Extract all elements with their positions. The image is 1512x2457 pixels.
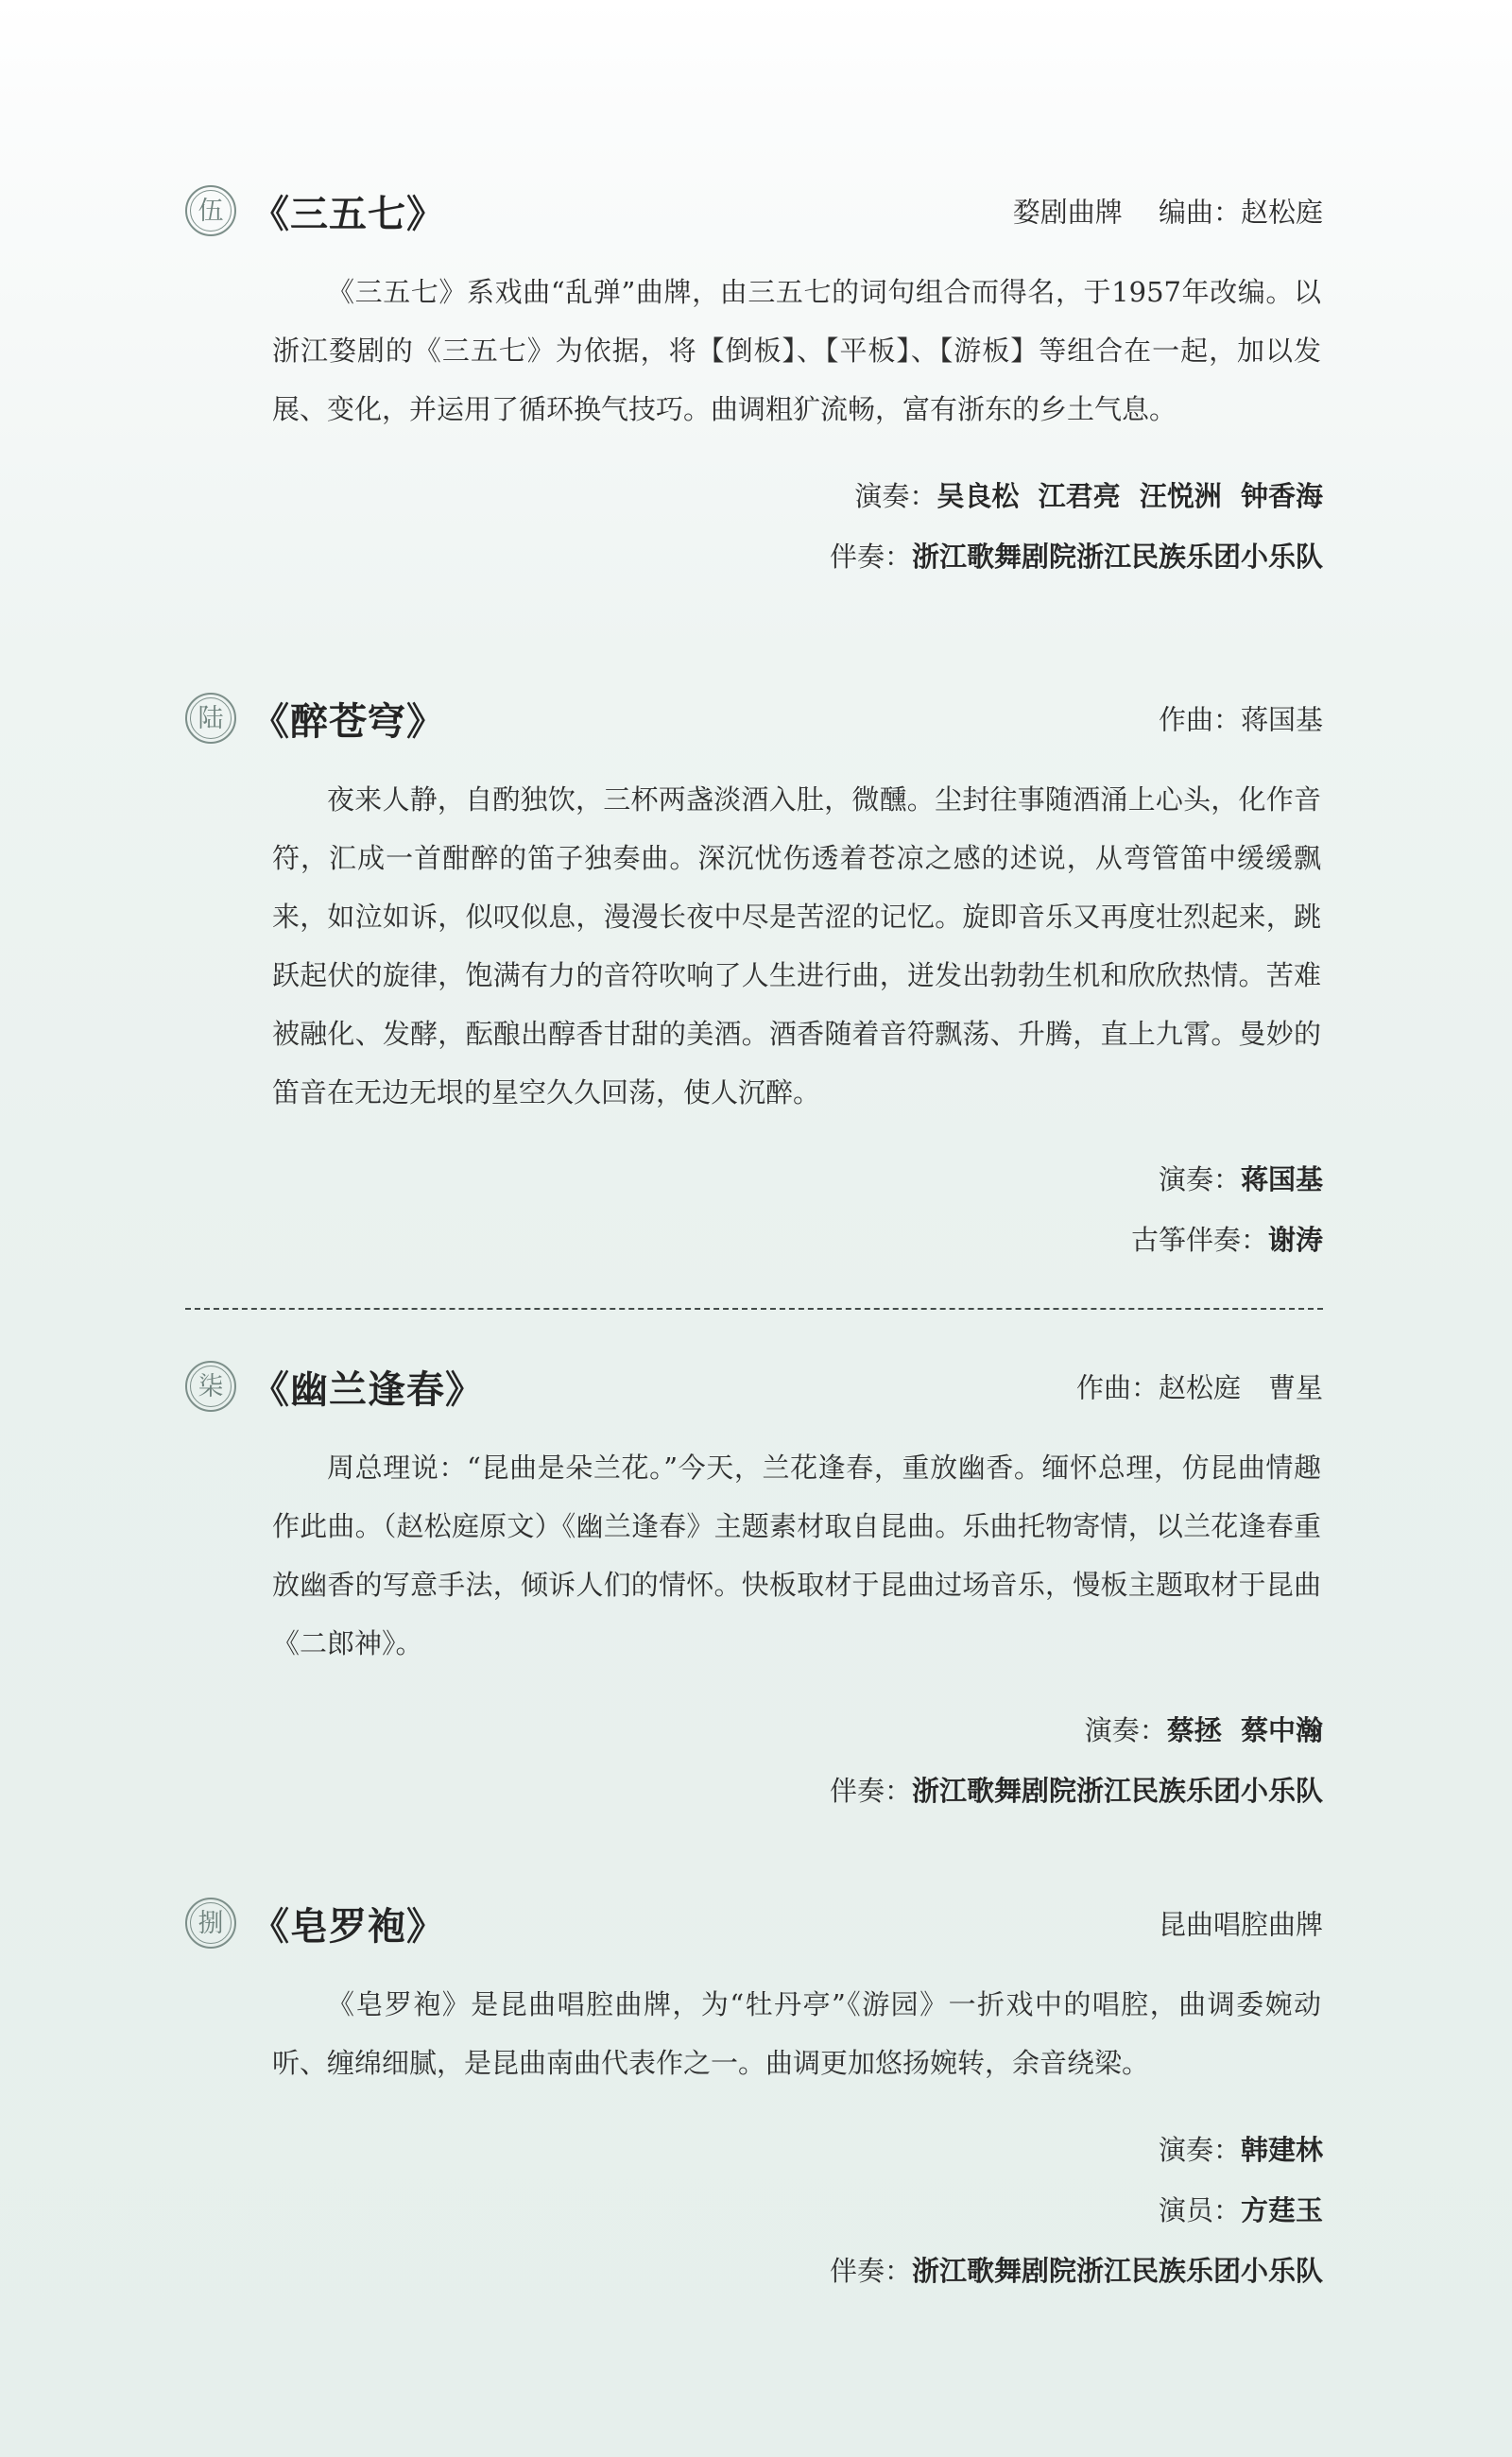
- seal-numeral: 陆: [198, 706, 224, 731]
- section-divider: [185, 1308, 1323, 1310]
- piece-title: 《醉苍穹》: [251, 692, 445, 746]
- seal-numeral-icon: 柒: [185, 1361, 236, 1412]
- piece-title: 《幽兰逢春》: [251, 1360, 484, 1414]
- piece-description: 夜来人静，自酌独饮，三杯两盏淡酒入肚，微醺。尘封往事随酒涌上心头，化作音符，汇成…: [272, 770, 1321, 1122]
- performer-credits: 演奏：韩建林 演员：方莛玉 伴奏：浙江歌舞剧院浙江民族乐团小乐队: [185, 2120, 1323, 2301]
- piece-credit: 作曲：蒋国基: [1159, 699, 1323, 738]
- role-label: 伴奏：: [830, 541, 912, 573]
- seal-numeral: 捌: [198, 1911, 224, 1936]
- role-value: 浙江歌舞剧院浙江民族乐团小乐队: [912, 1775, 1323, 1807]
- seal-numeral-icon: 陆: [185, 693, 236, 744]
- role-line: 伴奏：浙江歌舞剧院浙江民族乐团小乐队: [185, 1761, 1323, 1821]
- performer-credits: 演奏：蒋国基 古筝伴奏：谢涛: [185, 1149, 1323, 1270]
- role-line: 演奏：吴良松 江君亮 汪悦洲 钟香海: [185, 466, 1323, 526]
- role-line: 伴奏：浙江歌舞剧院浙江民族乐团小乐队: [185, 2241, 1323, 2301]
- role-label: 古筝伴奏：: [1131, 1224, 1268, 1256]
- role-line: 古筝伴奏：谢涛: [185, 1210, 1323, 1270]
- role-label: 演奏：: [1085, 1714, 1167, 1746]
- role-line: 伴奏：浙江歌舞剧院浙江民族乐团小乐队: [185, 526, 1323, 587]
- role-label: 演奏：: [1159, 2134, 1241, 2166]
- piece-credit: 作曲：赵松庭 曹星: [1076, 1367, 1323, 1406]
- seal-numeral: 伍: [198, 198, 224, 224]
- piece-san-wu-qi: 伍 《三五七》 婺剧曲牌 编曲：赵松庭 《三五七》系戏曲“乱弹”曲牌，由三五七的…: [185, 178, 1323, 587]
- piece-header: 陆 《醉苍穹》 作曲：蒋国基: [185, 685, 1323, 751]
- role-line: 演员：方莛玉: [185, 2180, 1323, 2241]
- performer-credits: 演奏：吴良松 江君亮 汪悦洲 钟香海 伴奏：浙江歌舞剧院浙江民族乐团小乐队: [185, 466, 1323, 587]
- seal-numeral-icon: 伍: [185, 185, 236, 236]
- program-page: 伍 《三五七》 婺剧曲牌 编曲：赵松庭 《三五七》系戏曲“乱弹”曲牌，由三五七的…: [0, 0, 1512, 2457]
- piece-description: 《三五七》系戏曲“乱弹”曲牌，由三五七的词句组合而得名，于1957年改编。以浙江…: [272, 263, 1321, 438]
- piece-title: 《三五七》: [251, 184, 445, 238]
- role-line: 演奏：蒋国基: [185, 1149, 1323, 1210]
- piece-you-lan-feng-chun: 柒 《幽兰逢春》 作曲：赵松庭 曹星 周总理说：“昆曲是朵兰花。”今天，兰花逢春…: [185, 1353, 1323, 1821]
- seal-numeral-icon: 捌: [185, 1898, 236, 1949]
- role-label: 伴奏：: [830, 1775, 912, 1807]
- role-line: 演奏：韩建林: [185, 2120, 1323, 2180]
- piece-credit: 婺剧曲牌 编曲：赵松庭: [1013, 192, 1323, 231]
- role-value: 方莛玉: [1241, 2194, 1323, 2226]
- role-label: 演奏：: [854, 480, 936, 512]
- role-label: 演奏：: [1159, 1163, 1241, 1195]
- performer-credits: 演奏：蔡拯 蔡中瀚 伴奏：浙江歌舞剧院浙江民族乐团小乐队: [185, 1700, 1323, 1821]
- piece-description: 《皂罗袍》是昆曲唱腔曲牌，为“牡丹亭”《游园》一折戏中的唱腔，曲调委婉动听、缠绵…: [272, 1975, 1321, 2092]
- role-label: 演员：: [1159, 2194, 1241, 2226]
- role-value: 浙江歌舞剧院浙江民族乐团小乐队: [912, 2255, 1323, 2287]
- piece-title: 《皂罗袍》: [251, 1897, 445, 1950]
- role-value: 韩建林: [1241, 2134, 1323, 2166]
- piece-credit: 昆曲唱腔曲牌: [1159, 1904, 1323, 1943]
- piece-header: 捌 《皂罗袍》 昆曲唱腔曲牌: [185, 1890, 1323, 1956]
- piece-description: 周总理说：“昆曲是朵兰花。”今天，兰花逢春，重放幽香。缅怀总理，仿昆曲情趣作此曲…: [272, 1438, 1321, 1673]
- role-line: 演奏：蔡拯 蔡中瀚: [185, 1700, 1323, 1761]
- role-value: 浙江歌舞剧院浙江民族乐团小乐队: [912, 541, 1323, 573]
- piece-zao-luo-pao: 捌 《皂罗袍》 昆曲唱腔曲牌 《皂罗袍》是昆曲唱腔曲牌，为“牡丹亭”《游园》一折…: [185, 1890, 1323, 2301]
- seal-numeral: 柒: [198, 1374, 224, 1400]
- role-value: 吴良松 江君亮 汪悦洲 钟香海: [936, 480, 1323, 512]
- role-label: 伴奏：: [830, 2255, 912, 2287]
- piece-header: 伍 《三五七》 婺剧曲牌 编曲：赵松庭: [185, 178, 1323, 244]
- role-value: 谢涛: [1268, 1224, 1323, 1256]
- role-value: 蔡拯 蔡中瀚: [1167, 1714, 1323, 1746]
- piece-zui-cang-qiong: 陆 《醉苍穹》 作曲：蒋国基 夜来人静，自酌独饮，三杯两盏淡酒入肚，微醺。尘封往…: [185, 685, 1323, 1270]
- piece-header: 柒 《幽兰逢春》 作曲：赵松庭 曹星: [185, 1353, 1323, 1419]
- role-value: 蒋国基: [1241, 1163, 1323, 1195]
